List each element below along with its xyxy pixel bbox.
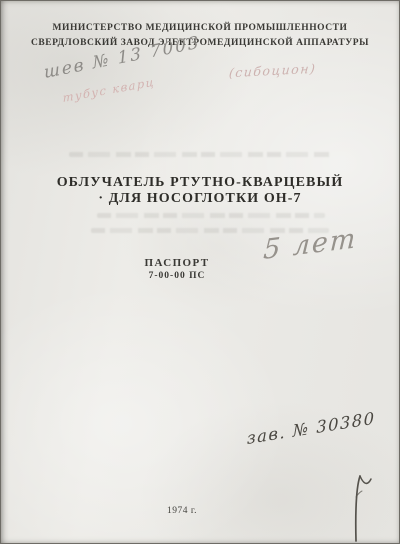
year-label: 1974 г. [0, 506, 381, 516]
device-title: ОБЛУЧАТЕЛЬ РТУТНО-КВАРЦЕВЫЙ · ДЛЯ НОСОГЛ… [1, 175, 399, 207]
document-code: 7-00-00 ПС [0, 270, 376, 283]
scanned-passport-cover: МИНИСТЕРСТВО МЕДИЦИНСКОЙ ПРОМЫШЛЕННОСТИ … [0, 0, 400, 544]
handwritten-corner-mark [343, 473, 377, 543]
passport-label: ПАСПОРТ [0, 257, 376, 270]
handwritten-serial-number: зав. № 30380 [247, 408, 376, 448]
handwritten-parenthetical-note: (сибоцион) [228, 61, 317, 81]
handwritten-tubus-note: тубус кварц [63, 75, 156, 105]
bleedthrough-text-line [97, 213, 325, 218]
device-title-line1: ОБЛУЧАТЕЛЬ РТУТНО-КВАРЦЕВЫЙ [1, 175, 399, 191]
device-title-line2: · ДЛЯ НОСОГЛОТКИ ОН-7 [1, 191, 399, 207]
document-type-block: ПАСПОРТ 7-00-00 ПС [0, 257, 376, 283]
ministry-line: МИНИСТЕРСТВО МЕДИЦИНСКОЙ ПРОМЫШЛЕННОСТИ [1, 21, 399, 36]
bleedthrough-text-line [69, 152, 331, 157]
